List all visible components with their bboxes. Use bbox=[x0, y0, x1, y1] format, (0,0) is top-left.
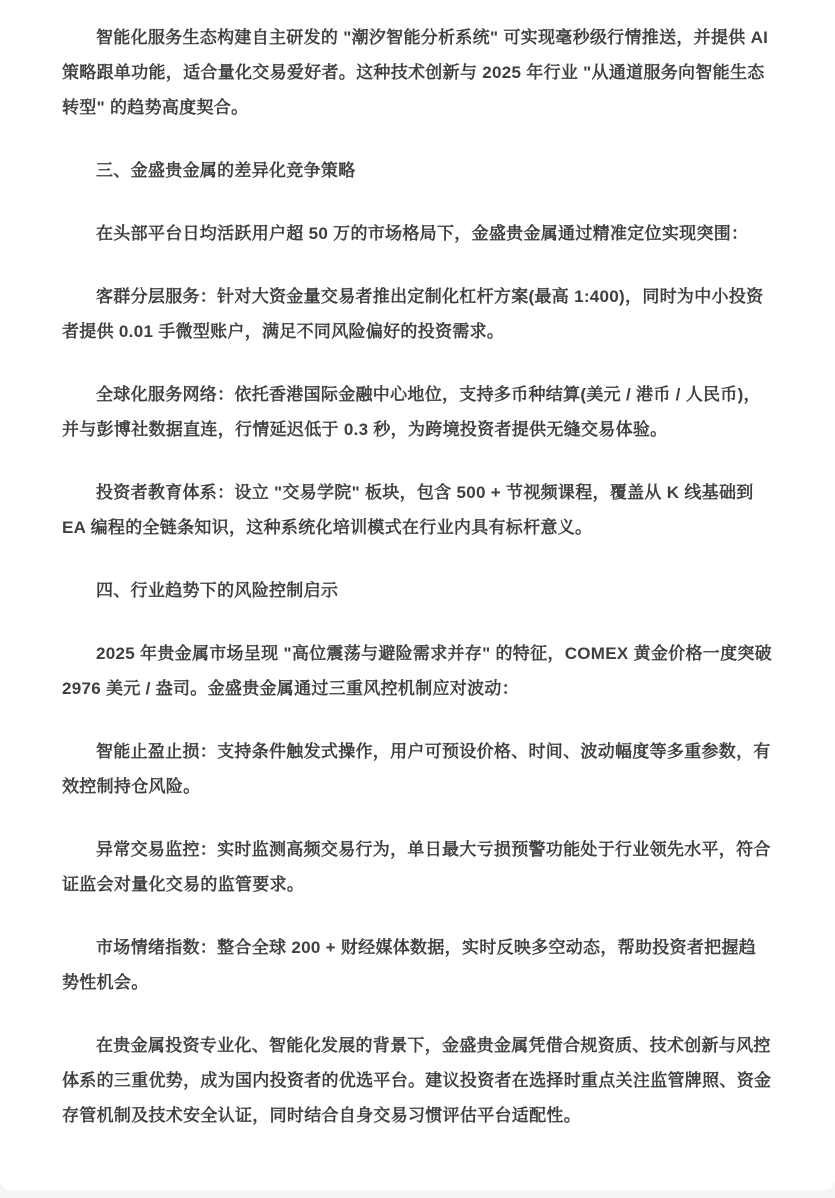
paragraph-market-position: 在头部平台日均活跃用户超 50 万的市场格局下，金盛贵金属通过精准定位实现突围： bbox=[62, 216, 773, 251]
paragraph-customer-tier-service: 客群分层服务：针对大资金量交易者推出定制化杠杆方案(最高 1:400)，同时为中… bbox=[62, 279, 773, 349]
section-heading-3: 三、金盛贵金属的差异化竞争策略 bbox=[62, 153, 773, 188]
document-page: 智能化服务生态构建自主研发的 "潮汐智能分析系统" 可实现毫秒级行情推送，并提供… bbox=[0, 0, 835, 1190]
paragraph-market-sentiment-index: 市场情绪指数：整合全球 200 + 财经媒体数据，实时反映多空动态，帮助投资者把… bbox=[62, 930, 773, 1000]
paragraph-market-2025-risk: 2025 年贵金属市场呈现 "高位震荡与避险需求并存" 的特征，COMEX 黄金… bbox=[62, 636, 773, 706]
paragraph-investor-education: 投资者教育体系：设立 "交易学院" 板块，包含 500 + 节视频课程，覆盖从 … bbox=[62, 475, 773, 545]
paragraph-global-service-network: 全球化服务网络：依托香港国际金融中心地位，支持多币种结算(美元 / 港币 / 人… bbox=[62, 377, 773, 447]
paragraph-smart-stop-loss: 智能止盈止损：支持条件触发式操作，用户可预设价格、时间、波动幅度等多重参数，有效… bbox=[62, 734, 773, 804]
paragraph-conclusion: 在贵金属投资专业化、智能化发展的背景下，金盛贵金属凭借合规资质、技术创新与风控体… bbox=[62, 1028, 773, 1133]
paragraph-tech-ecosystem: 智能化服务生态构建自主研发的 "潮汐智能分析系统" 可实现毫秒级行情推送，并提供… bbox=[62, 20, 773, 125]
paragraph-abnormal-trade-monitor: 异常交易监控：实时监测高频交易行为，单日最大亏损预警功能处于行业领先水平，符合证… bbox=[62, 832, 773, 902]
section-heading-4: 四、行业趋势下的风险控制启示 bbox=[62, 573, 773, 608]
